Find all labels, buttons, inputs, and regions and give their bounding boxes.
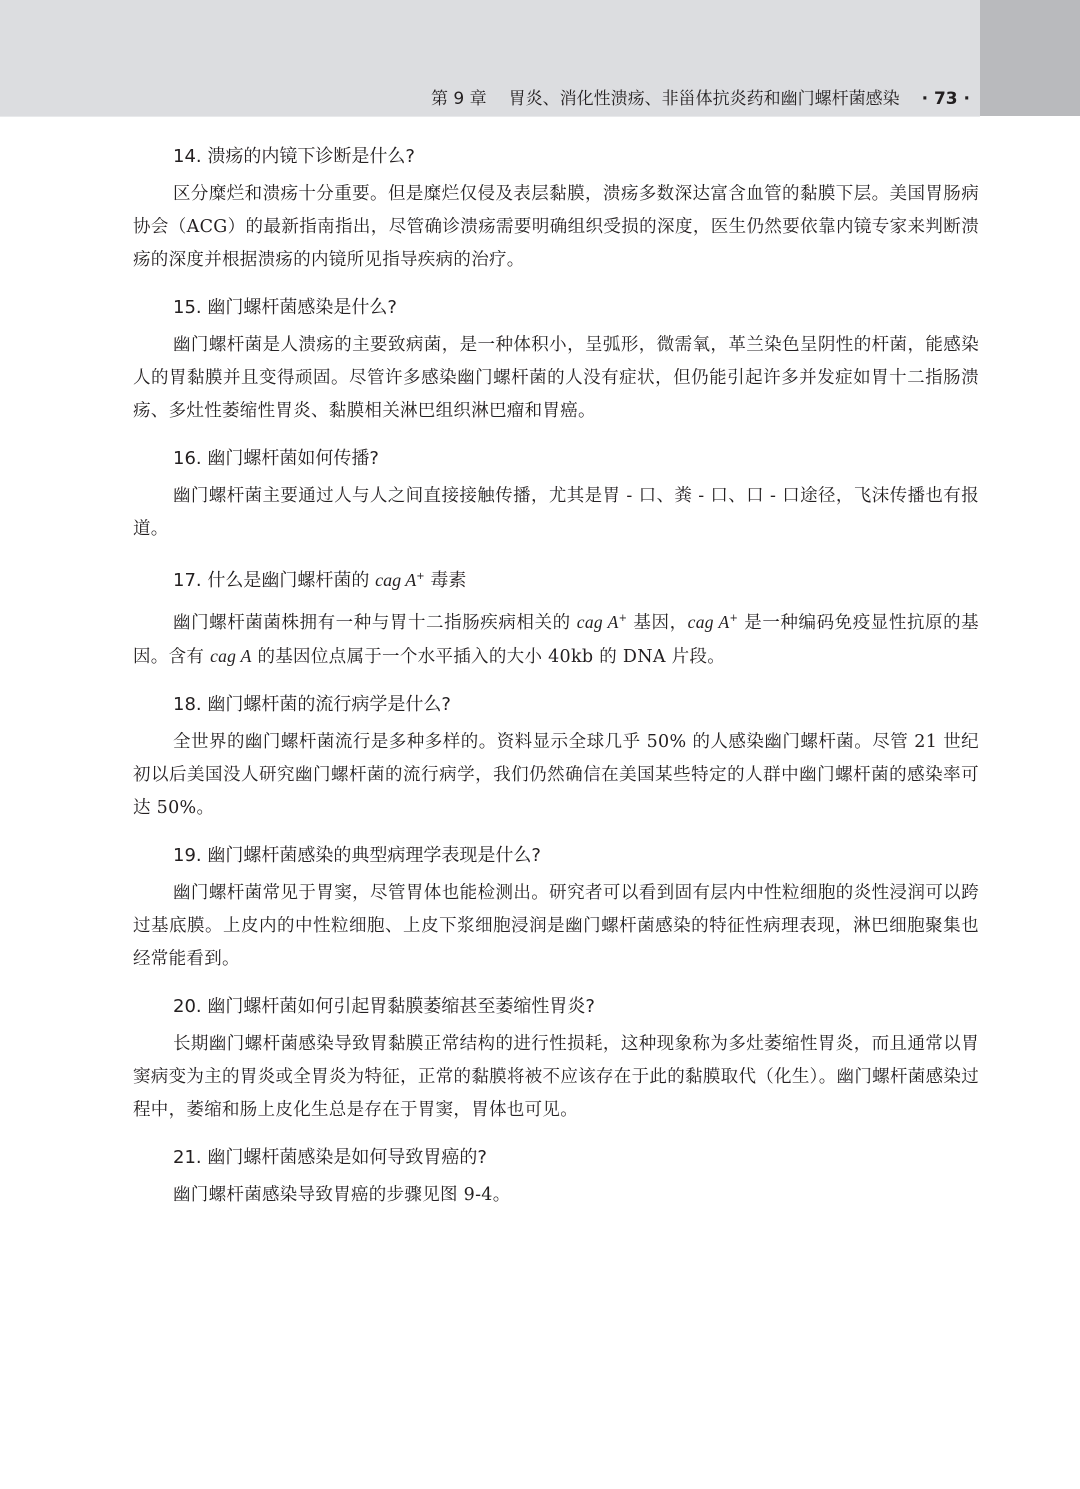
answer-paragraph: 幽门螺杆菌常见于胃窦，尽管胃体也能检测出。研究者可以看到固有层内中性粒细胞的炎性… bbox=[133, 877, 979, 976]
gene-name: cag A bbox=[688, 612, 730, 632]
page-number: · 73 · bbox=[922, 89, 970, 109]
answer-paragraph: 幽门螺杆菌感染导致胃癌的步骤见图 9-4。 bbox=[133, 1179, 979, 1212]
gene-name: cag A bbox=[577, 612, 619, 632]
gene-name: cag A bbox=[375, 570, 416, 590]
question-heading: 20. 幽门螺杆菌如何引起胃黏膜萎缩甚至萎缩性胃炎? bbox=[173, 990, 979, 1024]
answer-paragraph: 幽门螺杆菌主要通过人与人之间直接接触传播，尤其是胃 - 口、粪 - 口、口 - … bbox=[133, 480, 979, 546]
answer-paragraph: 全世界的幽门螺杆菌流行是多种多样的。资料显示全球几乎 50% 的人感染幽门螺杆菌… bbox=[133, 726, 979, 825]
question-heading: 16. 幽门螺杆菌如何传播? bbox=[173, 442, 979, 476]
text: 幽门螺杆菌菌株拥有一种与胃十二指肠疾病相关的 bbox=[173, 613, 577, 633]
question-heading: 17. 什么是幽门螺杆菌的 cag A+ 毒素 bbox=[173, 560, 979, 598]
question-heading: 14. 溃疡的内镜下诊断是什么? bbox=[173, 140, 979, 174]
superscript: + bbox=[619, 613, 628, 624]
answer-paragraph: 区分糜烂和溃疡十分重要。但是糜烂仅侵及表层黏膜，溃疡多数深达富含血管的黏膜下层。… bbox=[133, 178, 979, 277]
answer-paragraph: 幽门螺杆菌是人溃疡的主要致病菌，是一种体积小，呈弧形，微需氧，革兰染色呈阴性的杆… bbox=[133, 329, 979, 428]
page-content: 14. 溃疡的内镜下诊断是什么? 区分糜烂和溃疡十分重要。但是糜烂仅侵及表层黏膜… bbox=[133, 140, 979, 1226]
question-heading: 19. 幽门螺杆菌感染的典型病理学表现是什么? bbox=[173, 839, 979, 873]
question-heading: 15. 幽门螺杆菌感染是什么? bbox=[173, 291, 979, 325]
superscript: + bbox=[416, 571, 424, 582]
gene-name: cag A bbox=[210, 646, 252, 666]
question-heading: 21. 幽门螺杆菌感染是如何导致胃癌的? bbox=[173, 1141, 979, 1175]
question-heading: 18. 幽门螺杆菌的流行病学是什么? bbox=[173, 688, 979, 722]
answer-paragraph: 幽门螺杆菌菌株拥有一种与胃十二指肠疾病相关的 cag A+ 基因，cag A+ … bbox=[133, 602, 979, 674]
text: 基因， bbox=[627, 613, 687, 633]
heading-text: 毒素 bbox=[425, 570, 467, 591]
superscript: + bbox=[729, 613, 738, 624]
running-head: 第 9 章 胃炎、消化性溃疡、非甾体抗炎药和幽门螺杆菌感染 · 73 · bbox=[431, 84, 970, 109]
text: 的基因位点属于一个水平插入的大小 40kb 的 DNA 片段。 bbox=[252, 647, 725, 667]
heading-text: 17. 什么是幽门螺杆菌的 bbox=[173, 570, 375, 591]
answer-paragraph: 长期幽门螺杆菌感染导致胃黏膜正常结构的进行性损耗，这种现象称为多灶萎缩性胃炎，而… bbox=[133, 1028, 979, 1127]
header-divider bbox=[0, 116, 980, 117]
header-side-tab bbox=[980, 0, 1080, 116]
chapter-number: 第 9 章 bbox=[431, 84, 487, 109]
chapter-title: 胃炎、消化性溃疡、非甾体抗炎药和幽门螺杆菌感染 bbox=[509, 84, 900, 109]
